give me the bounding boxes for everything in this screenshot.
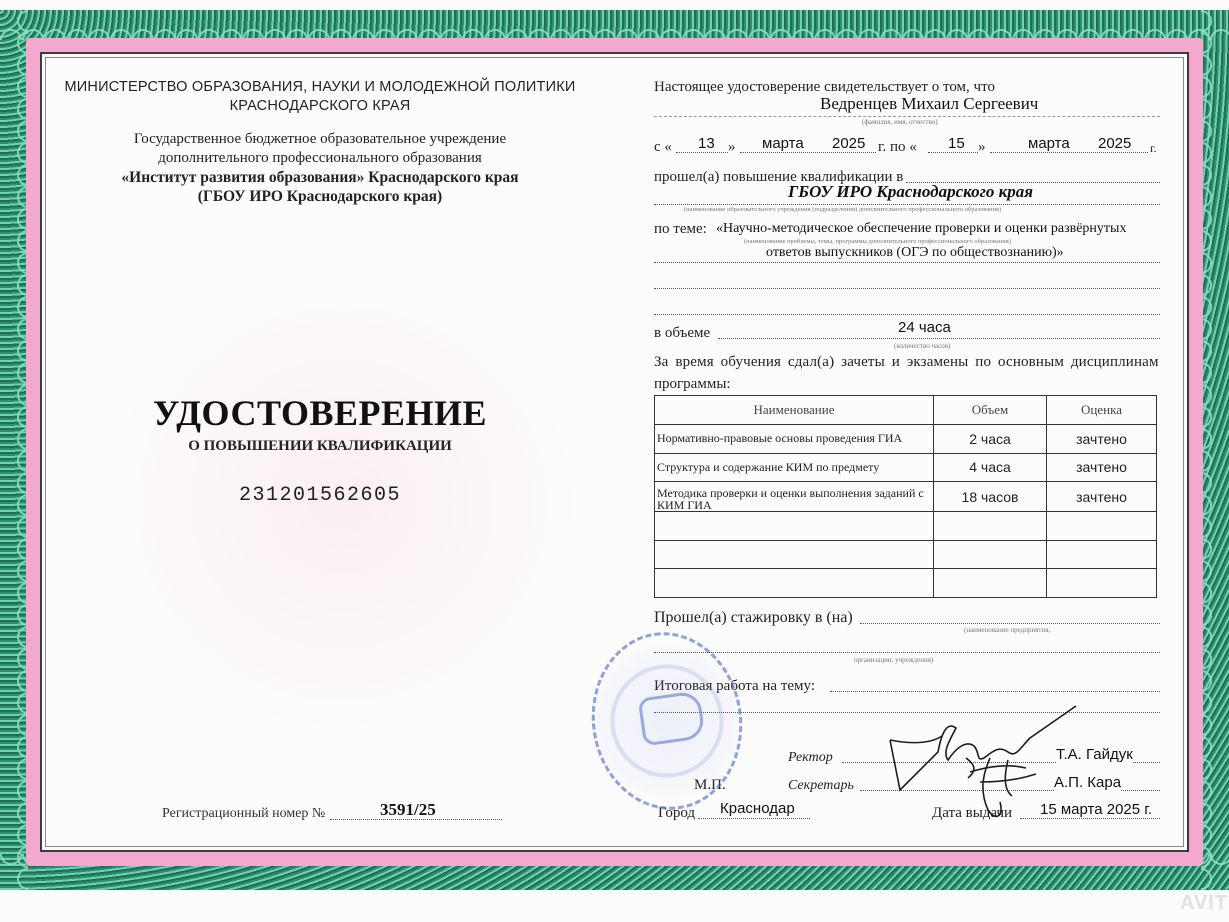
dotted-line [860, 623, 1160, 624]
table-row: Нормативно-правовые основы проведения ГИ… [655, 425, 1157, 454]
column-header-grade: Оценка [1047, 396, 1157, 425]
registration-number-field: Регистрационный номер № 3591/25 [162, 802, 502, 824]
period-to-prefix: г. по « [878, 139, 917, 156]
border-pattern-left [2, 10, 28, 890]
institution-caption: (наименование образовательного учреждени… [684, 206, 1001, 213]
dotted-line [830, 691, 1160, 692]
secretary-signature [960, 752, 1050, 832]
subject-grade [1047, 569, 1157, 598]
subject-grade [1047, 512, 1157, 541]
dotted-line [698, 818, 810, 819]
left-page: МИНИСТЕРСТВО ОБРАЗОВАНИЯ, НАУКИ И МОЛОДЕ… [40, 52, 600, 852]
period-to-close: » [978, 139, 986, 156]
rector-label: Ректор [788, 750, 833, 766]
registration-label: Регистрационный номер № [162, 806, 325, 822]
column-header-volume: Объем [934, 396, 1047, 425]
ministry-line-2: КРАСНОДАРСКОГО КРАЯ [40, 97, 600, 116]
institution-underline [654, 204, 1160, 205]
subjects-table: Наименование Объем Оценка Нормативно-пра… [654, 395, 1157, 598]
topic-underline-4 [654, 314, 1160, 315]
subject-volume: 18 часов [934, 482, 1047, 512]
period-to-year: 2025 [1098, 135, 1131, 152]
ministry-line-1: МИНИСТЕРСТВО ОБРАЗОВАНИЯ, НАУКИ И МОЛОДЕ… [40, 78, 600, 97]
table-row: Методика проверки и оценки выполнения за… [655, 482, 1157, 512]
dotted-line [676, 152, 728, 153]
subject-name: Нормативно-правовые основы проведения ГИ… [655, 425, 934, 454]
period-to-month: марта [1028, 135, 1070, 152]
internship-label: Прошел(а) стажировку в (на) [654, 609, 853, 627]
topic-label: по теме: [654, 221, 707, 238]
table-row [655, 540, 1157, 569]
column-header-name: Наименование [655, 396, 934, 425]
topic-text-2: ответов выпускников (ОГЭ по обществознан… [766, 245, 1064, 261]
subject-grade [1047, 540, 1157, 569]
period-to-day: 15 [948, 135, 965, 152]
subject-name [655, 569, 934, 598]
border-pattern-top [0, 14, 1229, 40]
full-name-caption: (фамилия, имя, отчество) [862, 118, 938, 126]
subject-grade: зачтено [1047, 425, 1157, 454]
subject-volume [934, 540, 1047, 569]
ministry-heading: МИНИСТЕРСТВО ОБРАЗОВАНИЯ, НАУКИ И МОЛОДЕ… [40, 78, 600, 116]
subject-volume: 4 часа [934, 453, 1047, 482]
internship-caption-1: (наименование предприятия, [964, 626, 1050, 634]
period-from-prefix: с « [654, 139, 672, 156]
registration-number-value: 3591/25 [380, 800, 436, 820]
subject-name [655, 540, 934, 569]
table-header-row: Наименование Объем Оценка [655, 396, 1157, 425]
institution-line-1: Государственное бюджетное образовательно… [40, 130, 600, 149]
exams-text-2: программы: [654, 376, 1160, 393]
topic-caption: (наименование проблемы, темы, программы … [744, 238, 1011, 245]
table-row [655, 512, 1157, 541]
table-row [655, 569, 1157, 598]
subject-volume [934, 569, 1047, 598]
topic-underline-2 [654, 262, 1160, 263]
subject-grade: зачтено [1047, 453, 1157, 482]
bottom-margin [0, 890, 1229, 922]
watermark: AVITO [1180, 892, 1229, 915]
period-from-year: 2025 [832, 135, 865, 152]
subject-volume [934, 512, 1047, 541]
topic-text-1: «Научно-методическое обеспечение проверк… [716, 221, 1126, 237]
institution-line-3: «Институт развития образования» Краснода… [40, 168, 600, 187]
volume-label: в объеме [654, 325, 710, 342]
name-underline [654, 116, 1160, 117]
city-value: Краснодар [720, 800, 795, 817]
internship-line: Прошел(а) стажировку в (на) [654, 607, 1160, 627]
subject-name: Методика проверки и оценки выполнения за… [655, 482, 934, 512]
table-row: Структура и содержание КИМ по предмету4 … [655, 453, 1157, 482]
dotted-line [718, 338, 1160, 339]
border-pattern-right [1201, 10, 1227, 890]
certificate-subtitle: О ПОВЫШЕНИИ КВАЛИФИКАЦИИ [40, 438, 600, 455]
subject-volume: 2 часа [934, 425, 1047, 454]
certificate-number: 231201562605 [40, 484, 600, 507]
full-name: Ведренцев Михаил Сергеевич [820, 94, 1038, 114]
institution-heading: Государственное бюджетное образовательно… [40, 130, 600, 206]
certificate-title: УДОСТОВЕРЕНИЕ [40, 392, 600, 434]
subject-name [655, 512, 934, 541]
volume-caption: (количество часов) [894, 342, 950, 350]
period-from-close: » [728, 139, 736, 156]
dotted-line [928, 152, 978, 153]
volume-line: в объеме 24 часа [654, 322, 1160, 342]
institution-line-2: дополнительного профессионального образо… [40, 149, 600, 168]
secretary-label: Секретарь [788, 778, 854, 794]
institution-value: ГБОУ ИРО Краснодарского края [788, 182, 1033, 202]
institution-line-4: (ГБОУ ИРО Краснодарского края) [40, 187, 600, 206]
internship-caption-2: организации, учреждения) [854, 656, 933, 664]
topic-underline-3 [654, 288, 1160, 289]
subject-name: Структура и содержание КИМ по предмету [655, 453, 934, 482]
exams-text-1: За время обучения сдал(а) зачеты и экзам… [654, 354, 1160, 371]
topic-line-1: по теме: «Научно-методическое обеспечени… [654, 218, 1160, 238]
subject-grade: зачтено [1047, 482, 1157, 512]
dotted-line [740, 152, 876, 153]
dotted-line [990, 152, 1148, 153]
study-period: с « 13 » марта 2025 г. по « 15 » марта 2… [654, 136, 1160, 156]
period-from-day: 13 [698, 135, 715, 152]
period-suffix: г. [1150, 141, 1157, 156]
volume-value: 24 часа [898, 319, 951, 336]
internship-underline [654, 652, 1160, 653]
period-from-month: марта [762, 135, 804, 152]
